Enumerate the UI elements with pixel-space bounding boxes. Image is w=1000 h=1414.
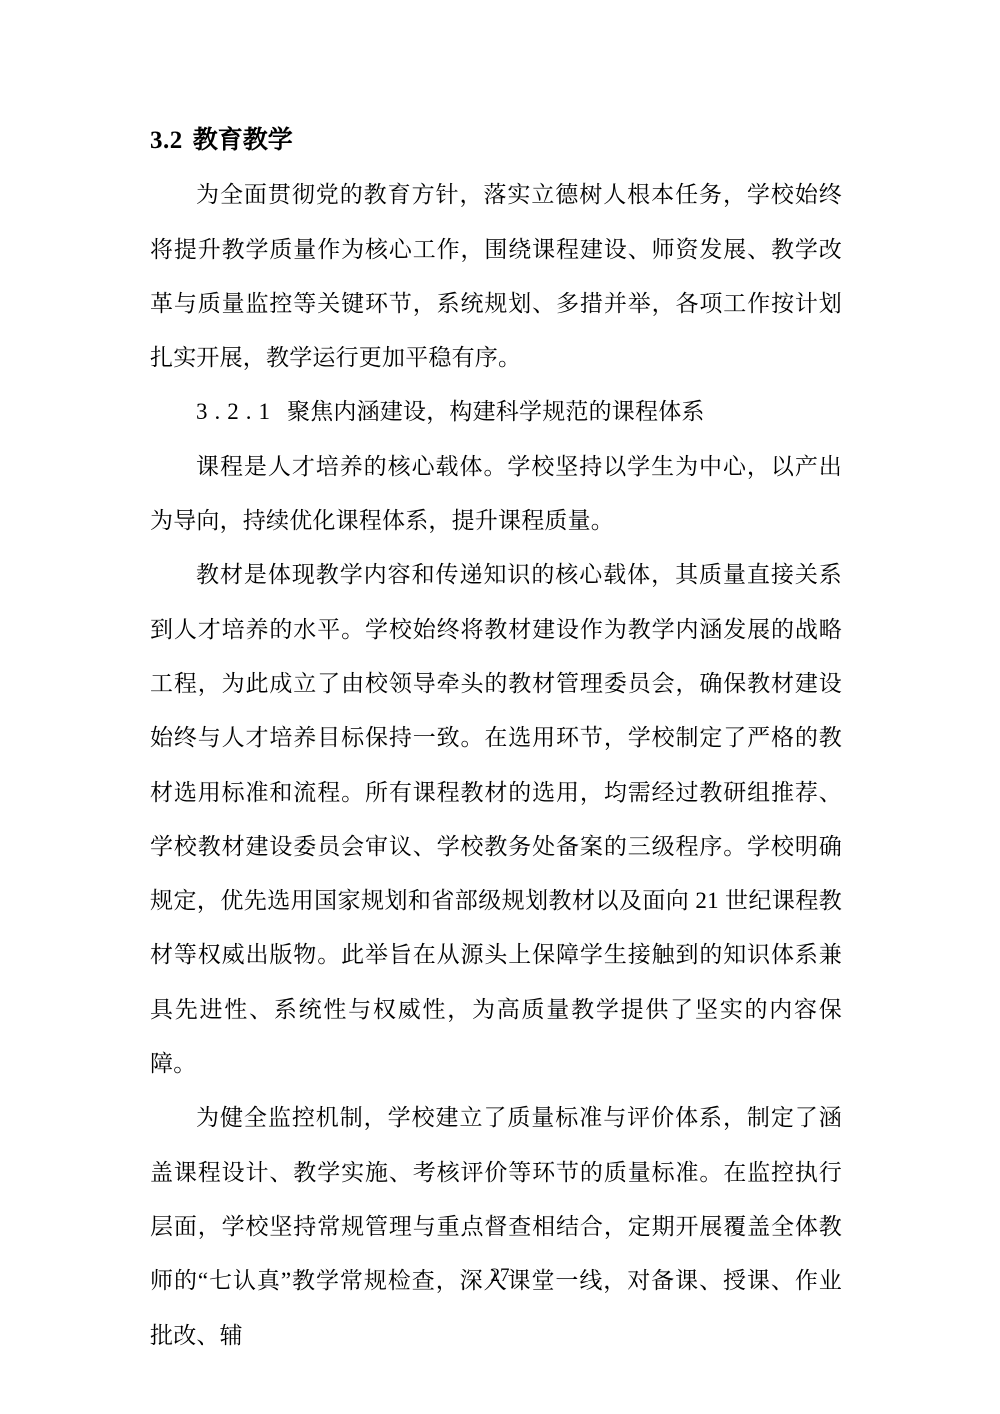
page-number: 27 <box>0 1264 1000 1288</box>
paragraph-3: 教材是体现教学内容和传递知识的核心载体，其质量直接关系到人才培养的水平。学校始终… <box>150 548 842 1091</box>
section-heading: 3.2教育教学 <box>150 114 842 168</box>
section-title: 教育教学 <box>193 127 293 154</box>
subsection-number: 3.2.1 <box>196 399 277 424</box>
subsection-title: 聚焦内涵建设，构建科学规范的课程体系 <box>287 399 705 424</box>
document-page: 3.2教育教学 为全面贯彻党的教育方针，落实立德树人根本任务，学校始终将提升教学… <box>0 0 1000 1414</box>
paragraph-2: 课程是人才培养的核心载体。学校坚持以学生为中心，以产出为导向，持续优化课程体系，… <box>150 440 842 549</box>
section-number: 3.2 <box>150 127 183 154</box>
paragraph-4: 为健全监控机制，学校建立了质量标准与评价体系，制定了涵盖课程设计、教学实施、考核… <box>150 1091 842 1362</box>
document-body: 3.2教育教学 为全面贯彻党的教育方针，落实立德树人根本任务，学校始终将提升教学… <box>150 114 842 1363</box>
subsection-heading: 3.2.1聚焦内涵建设，构建科学规范的课程体系 <box>150 385 842 439</box>
paragraph-1: 为全面贯彻党的教育方针，落实立德树人根本任务，学校始终将提升教学质量作为核心工作… <box>150 168 842 385</box>
